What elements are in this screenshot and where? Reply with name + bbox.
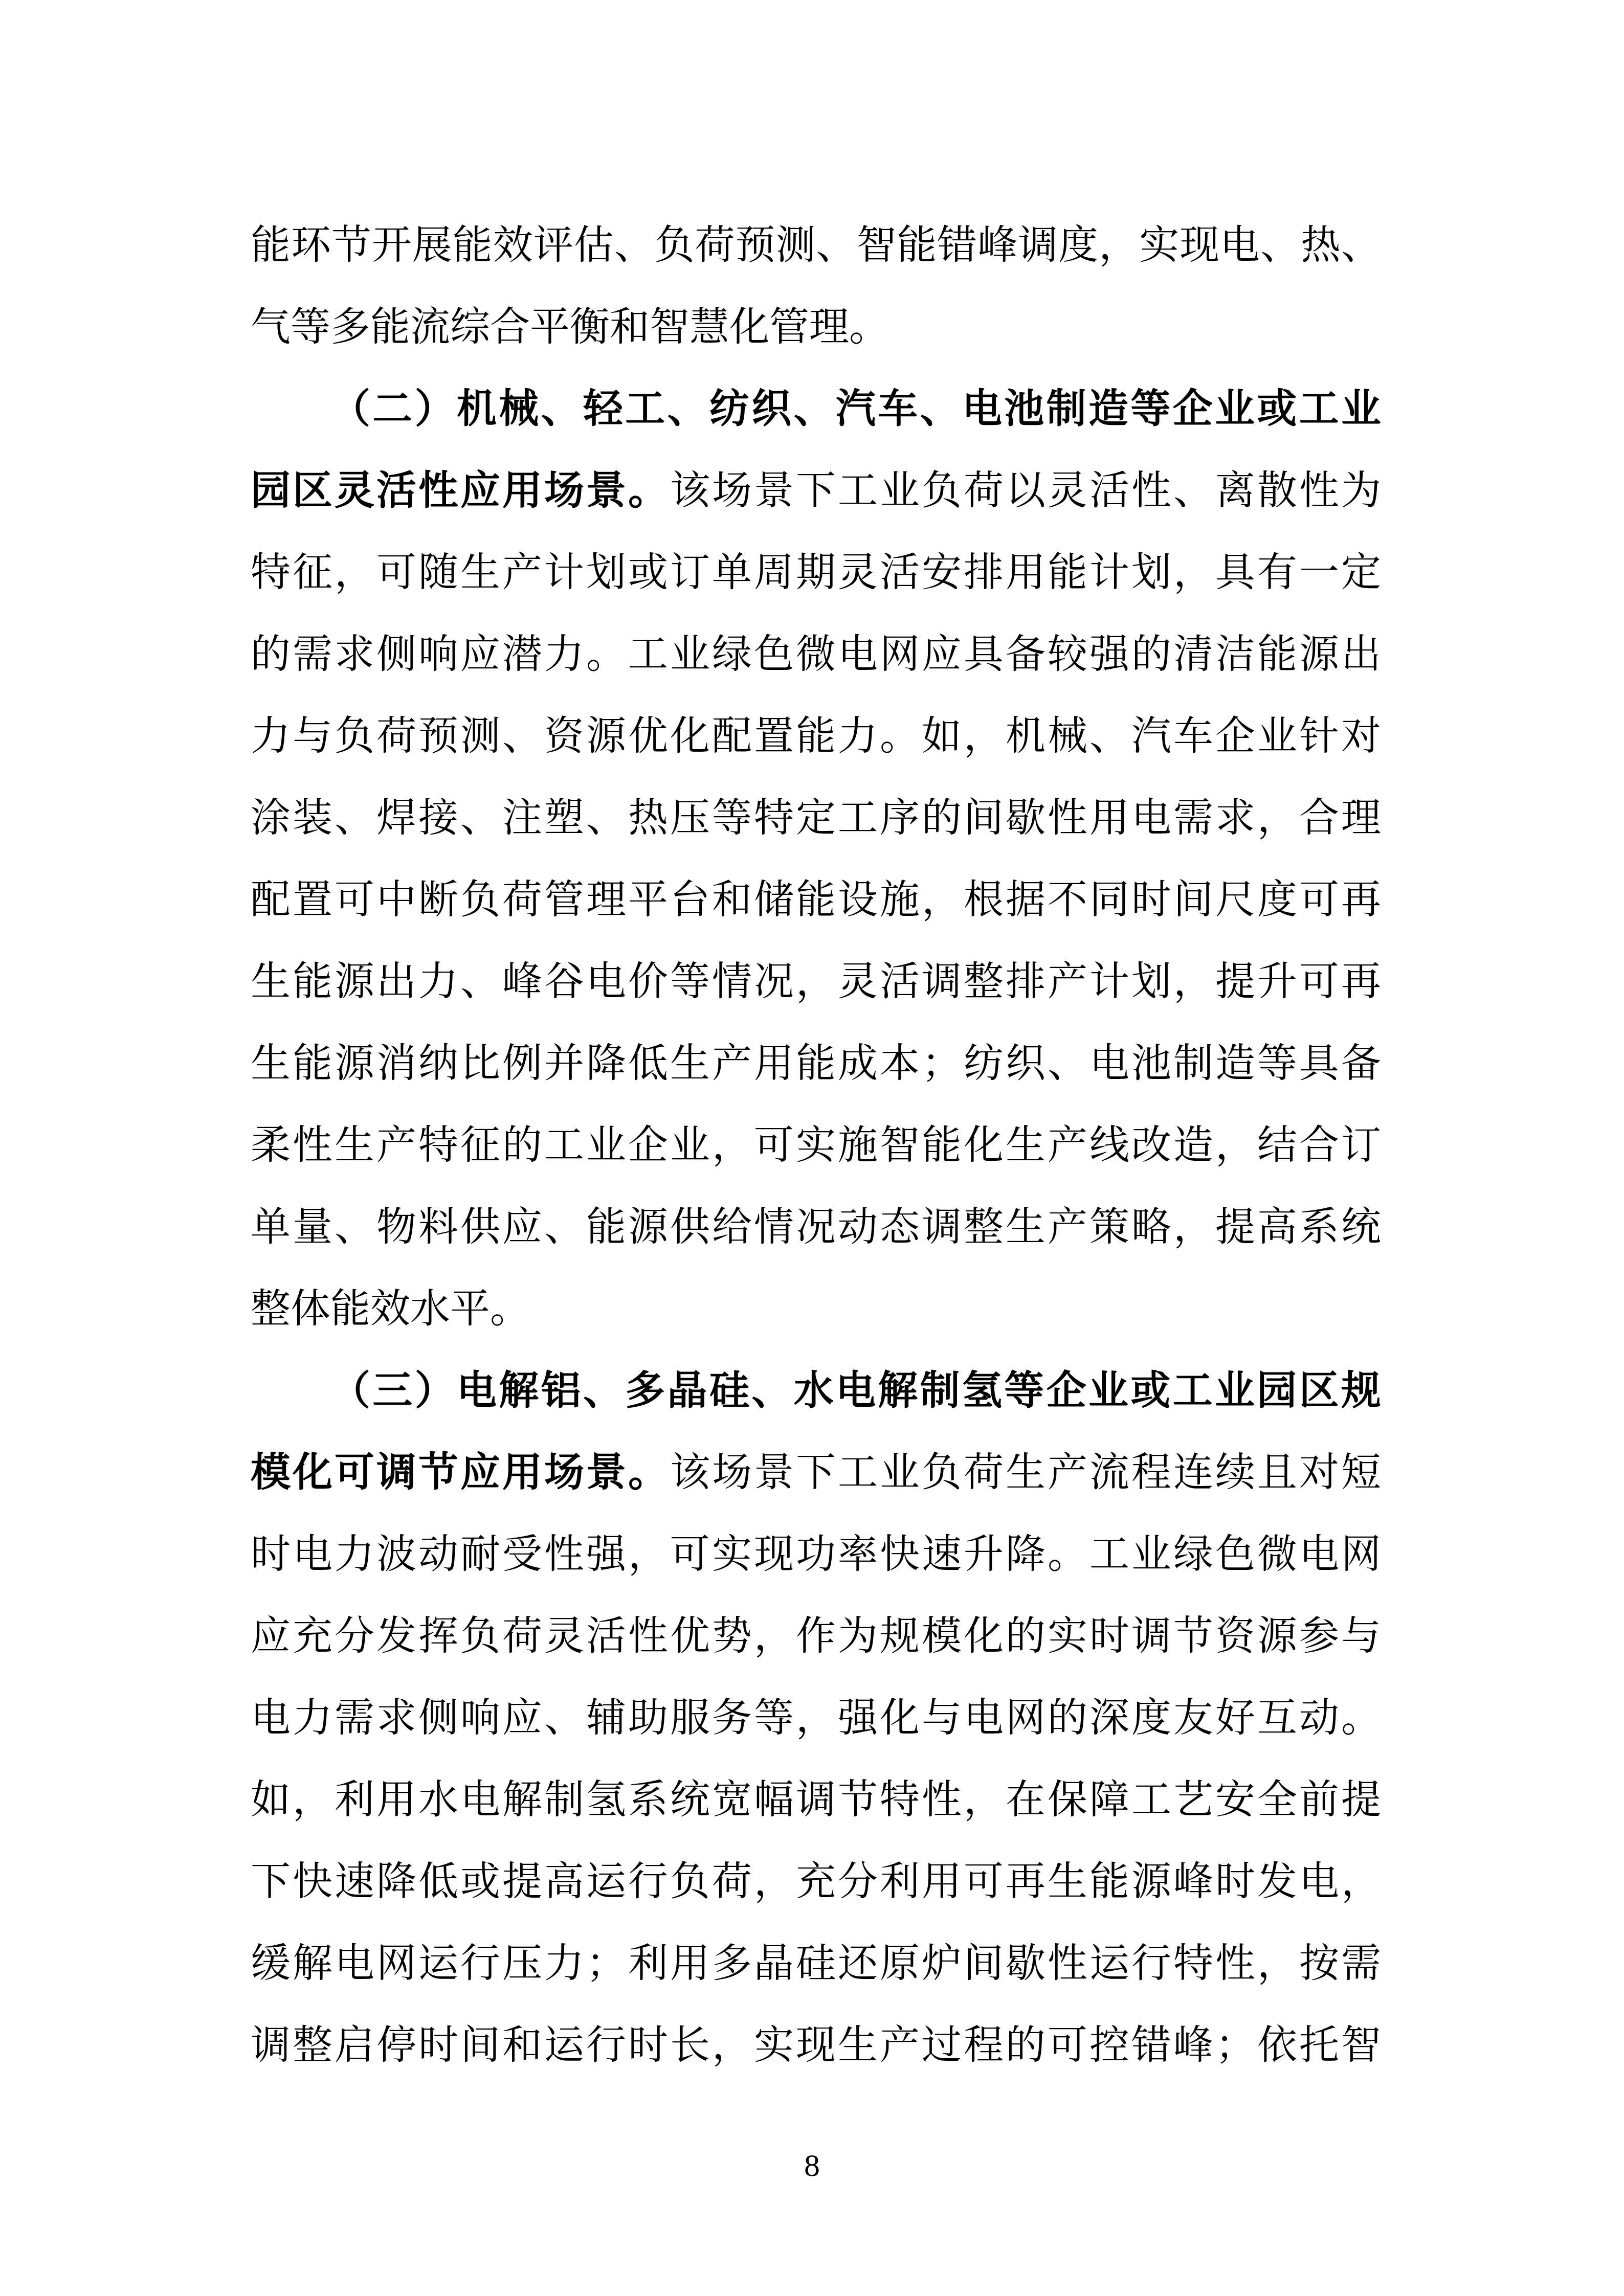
page-footer: 8 — [0, 2137, 1624, 2194]
body-text: 调整启停时间和运行时长，实现生产过程的可控错峰；依托智 — [251, 2023, 1381, 2067]
body-text: 的需求侧响应潜力。工业绿色微电网应具备较强的清洁能源出 — [251, 632, 1381, 677]
document-body: 能环节开展能效评估、负荷预测、智能错峰调度，实现电、热、气等多能流综合平衡和智慧… — [251, 205, 1381, 2086]
body-text: 电力需求侧响应、辅助服务等，强化与电网的深度友好互动。 — [251, 1696, 1381, 1740]
text-line: 缓解电网运行压力；利用多晶硅还原炉间歇性运行特性，按需 — [251, 1923, 1381, 2005]
page-number: 8 — [804, 2148, 820, 2183]
text-line: 生能源出力、峰谷电价等情况，灵活调整排产计划，提升可再 — [251, 941, 1381, 1023]
text-line: 生能源消纳比例并降低生产用能成本；纺织、电池制造等具备 — [251, 1023, 1381, 1105]
text-line: 气等多能流综合平衡和智慧化管理。 — [251, 286, 1381, 368]
text-line: 应充分发挥负荷灵活性优势，作为规模化的实时调节资源参与 — [251, 1595, 1381, 1677]
text-line: 下快速降低或提高运行负荷，充分利用可再生能源峰时发电， — [251, 1841, 1381, 1923]
body-text: 能环节开展能效评估、负荷预测、智能错峰调度，实现电、热、 — [251, 223, 1381, 267]
body-text: 柔性生产特征的工业企业，可实施智能化生产线改造，结合订 — [251, 1123, 1381, 1167]
heading-text: 模化可调节应用场景。 — [251, 1450, 670, 1495]
body-text: 整体能效水平。 — [251, 1287, 530, 1331]
text-line: 能环节开展能效评估、负荷预测、智能错峰调度，实现电、热、 — [251, 205, 1381, 286]
body-text: 特征，可随生产计划或订单周期灵活安排用能计划，具有一定 — [251, 550, 1381, 595]
body-text: 力与负荷预测、资源优化配置能力。如，机械、汽车企业针对 — [251, 714, 1381, 758]
text-line: 涂装、焊接、注塑、热压等特定工序的间歇性用电需求，合理 — [251, 777, 1381, 859]
body-text: 该场景下工业负荷以灵活性、离散性为 — [670, 468, 1381, 513]
text-line: 整体能效水平。 — [251, 1268, 1381, 1350]
text-line: 力与负荷预测、资源优化配置能力。如，机械、汽车企业针对 — [251, 695, 1381, 777]
body-text: 该场景下工业负荷生产流程连续且对短 — [670, 1450, 1381, 1495]
text-line: 柔性生产特征的工业企业，可实施智能化生产线改造，结合订 — [251, 1105, 1381, 1186]
body-text: 缓解电网运行压力；利用多晶硅还原炉间歇性运行特性，按需 — [251, 1941, 1381, 1986]
heading-text: （三）电解铝、多晶硅、水电解制氢等企业或工业园区规 — [330, 1368, 1381, 1413]
heading-text: （二）机械、轻工、纺织、汽车、电池制造等企业或工业 — [330, 387, 1381, 431]
body-text: 单量、物料供应、能源供给情况动态调整生产策略，提高系统 — [251, 1205, 1381, 1249]
body-text: 气等多能流综合平衡和智慧化管理。 — [251, 305, 889, 349]
heading-text: 园区灵活性应用场景。 — [251, 468, 670, 513]
text-line: 特征，可随生产计划或订单周期灵活安排用能计划，具有一定 — [251, 532, 1381, 614]
body-text: 生能源出力、峰谷电价等情况，灵活调整排产计划，提升可再 — [251, 959, 1381, 1004]
body-text: 生能源消纳比例并降低生产用能成本；纺织、电池制造等具备 — [251, 1041, 1381, 1086]
text-line: 调整启停时间和运行时长，实现生产过程的可控错峰；依托智 — [251, 2005, 1381, 2086]
text-line: 如，利用水电解制氢系统宽幅调节特性，在保障工艺安全前提 — [251, 1759, 1381, 1841]
text-line: （三）电解铝、多晶硅、水电解制氢等企业或工业园区规 — [251, 1350, 1381, 1432]
body-text: 涂装、焊接、注塑、热压等特定工序的间歇性用电需求，合理 — [251, 796, 1381, 840]
body-text: 配置可中断负荷管理平台和储能设施，根据不同时间尺度可再 — [251, 877, 1381, 922]
text-line: 单量、物料供应、能源供给情况动态调整生产策略，提高系统 — [251, 1186, 1381, 1268]
body-text: 应充分发挥负荷灵活性优势，作为规模化的实时调节资源参与 — [251, 1614, 1381, 1658]
text-line: 时电力波动耐受性强，可实现功率快速升降。工业绿色微电网 — [251, 1514, 1381, 1595]
text-line: 电力需求侧响应、辅助服务等，强化与电网的深度友好互动。 — [251, 1677, 1381, 1759]
body-text: 如，利用水电解制氢系统宽幅调节特性，在保障工艺安全前提 — [251, 1777, 1381, 1822]
text-line: 配置可中断负荷管理平台和储能设施，根据不同时间尺度可再 — [251, 859, 1381, 941]
body-text: 时电力波动耐受性强，可实现功率快速升降。工业绿色微电网 — [251, 1532, 1381, 1577]
text-line: 模化可调节应用场景。该场景下工业负荷生产流程连续且对短 — [251, 1432, 1381, 1514]
text-line: 园区灵活性应用场景。该场景下工业负荷以灵活性、离散性为 — [251, 450, 1381, 532]
text-line: 的需求侧响应潜力。工业绿色微电网应具备较强的清洁能源出 — [251, 614, 1381, 695]
body-text: 下快速降低或提高运行负荷，充分利用可再生能源峰时发电， — [251, 1859, 1381, 1904]
text-line: （二）机械、轻工、纺织、汽车、电池制造等企业或工业 — [251, 368, 1381, 450]
document-page: 能环节开展能效评估、负荷预测、智能错峰调度，实现电、热、气等多能流综合平衡和智慧… — [0, 0, 1624, 2296]
